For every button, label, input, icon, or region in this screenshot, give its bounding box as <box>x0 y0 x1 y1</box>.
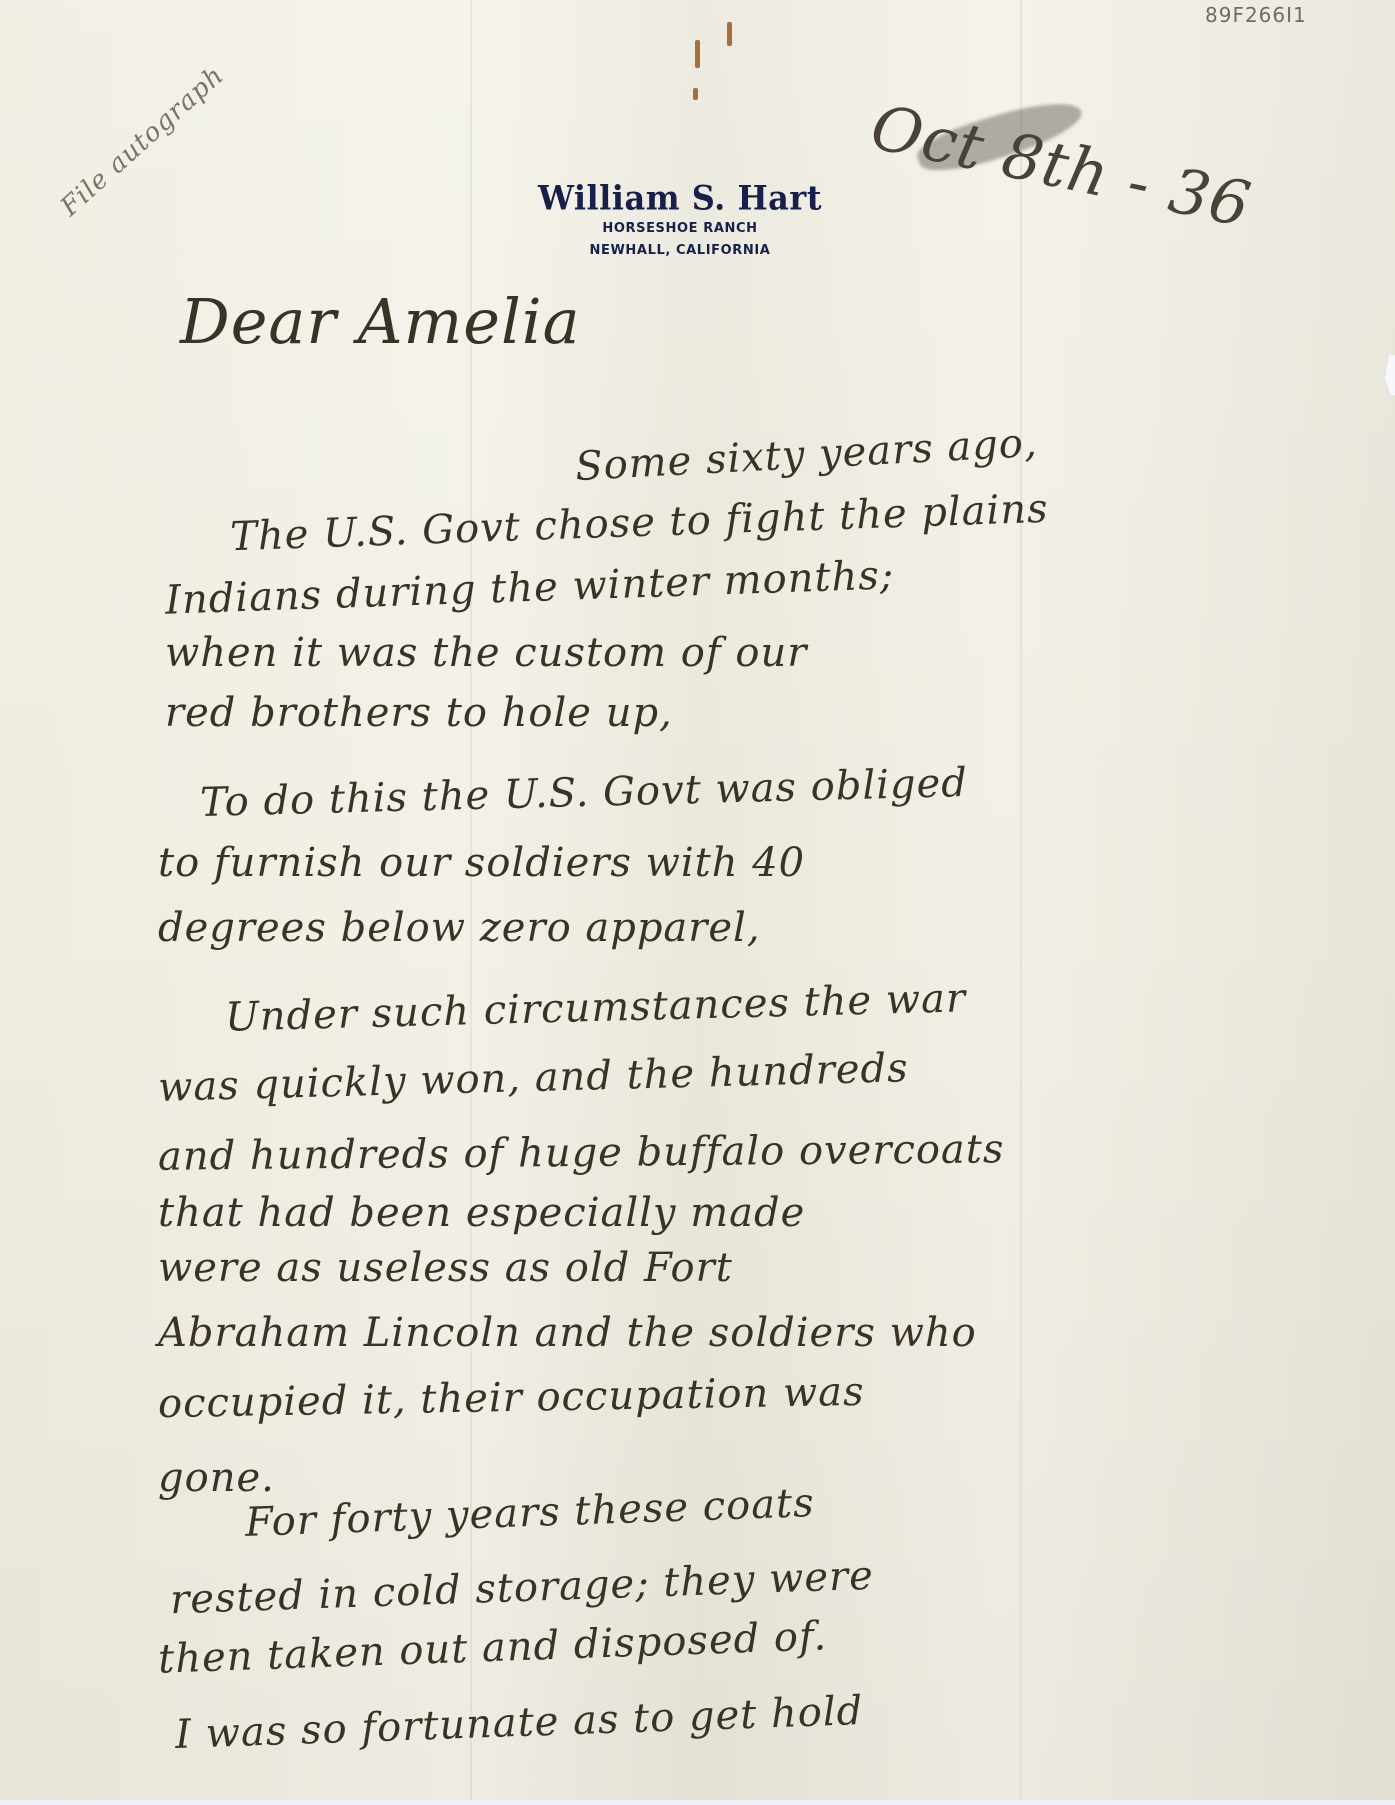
body-line: was quickly won, and the hundreds <box>158 1045 910 1111</box>
salutation: Dear Amelia <box>180 285 581 358</box>
body-line: For forty years these coats <box>244 1480 815 1546</box>
body-line: gone. <box>158 1455 275 1501</box>
paper-fold-line <box>1020 0 1022 1800</box>
body-line: Under such circumstances the war <box>225 975 967 1040</box>
body-line: when it was the custom of our <box>165 630 807 676</box>
archive-id: 89F266I1 <box>1205 3 1307 27</box>
body-line: The U.S. Govt chose to fight the plains <box>229 486 1049 561</box>
rust-stain <box>693 88 698 100</box>
body-line: and hundreds of huge buffalo overcoats <box>158 1126 1005 1179</box>
body-line: occupied it, their occupation was <box>158 1369 865 1427</box>
body-line: Abraham Lincoln and the soldiers who <box>158 1310 977 1356</box>
body-line: I was so fortunate as to get hold <box>174 1688 864 1758</box>
letterhead-address-line1: HORSESHOE RANCH <box>530 218 830 240</box>
rust-stain <box>727 22 732 46</box>
body-line: red brothers to hole up, <box>165 690 673 736</box>
margin-note: File autograph <box>55 60 230 222</box>
body-line: degrees below zero apparel, <box>158 905 761 951</box>
body-line: were as useless as old Fort <box>158 1245 733 1291</box>
body-line: that had been especially made <box>158 1190 805 1236</box>
body-line: Some sixty years ago, <box>574 420 1039 490</box>
letterhead: William S. Hart HORSESHOE RANCH NEWHALL,… <box>530 178 830 262</box>
rust-stain <box>695 40 700 68</box>
body-line: rested in cold storage; they were <box>169 1553 874 1624</box>
body-line: To do this the U.S. Govt was obliged <box>200 760 969 826</box>
letterhead-name: William S. Hart <box>530 177 830 219</box>
body-line: then taken out and disposed of. <box>157 1613 827 1682</box>
body-line: to furnish our soldiers with 40 <box>158 840 805 886</box>
paper-edge-tear <box>1385 355 1395 395</box>
body-line: Indians during the winter months; <box>164 552 895 623</box>
letterhead-address-line2: NEWHALL, CALIFORNIA <box>530 240 830 262</box>
letter-page: 89F266I1 File autograph William S. Hart … <box>0 0 1395 1800</box>
